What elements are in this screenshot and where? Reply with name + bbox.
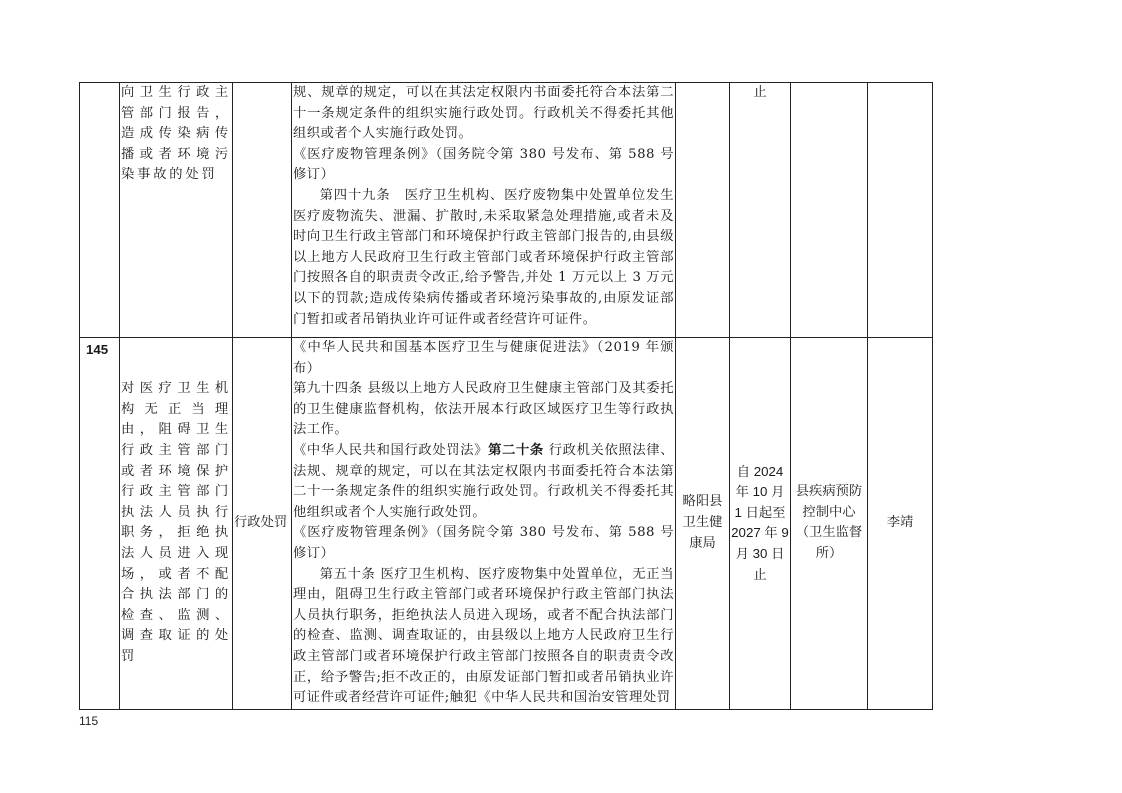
person-cell: 李靖 (868, 338, 933, 710)
department-cell (676, 83, 730, 338)
table-row: 145 对医疗卫生机构无正当理由，阻碍卫生行政主管部门或者环境保护行政主管部门执… (80, 338, 933, 710)
item-name-cell: 向卫生行政主管部门报告，造成传染病传播或者环境污染事故的处罚 (120, 83, 233, 338)
type-cell: 行政处罚 (233, 338, 292, 710)
basis-paragraph: 第四十九条 医疗卫生机构、医疗废物集中处置单位发生医疗废物流失、泄漏、扩散时,未… (293, 186, 674, 330)
basis-paragraph: 第九十四条 县级以上地方人民政府卫生健康主管部门及其委托的卫生健康监督机构，依法… (293, 379, 674, 441)
type-cell (233, 83, 292, 338)
basis-paragraph: 第五十条 医疗卫生机构、医疗废物集中处置单位，无正当理由，阻碍卫生行政主管部门或… (293, 565, 674, 709)
department-cell: 略阳县卫生健康局 (676, 338, 730, 710)
article-number: 第二十条 (488, 443, 544, 458)
unit-cell: 县疾病预防控制中心（卫生监督所） (791, 338, 868, 710)
unit-cell (791, 83, 868, 338)
item-name-cell: 对医疗卫生机构无正当理由，阻碍卫生行政主管部门或者环境保护行政主管部门执法人员执… (120, 338, 233, 710)
table-row: 向卫生行政主管部门报告，造成传染病传播或者环境污染事故的处罚 规、规章的规定，可… (80, 83, 933, 338)
row-index-cell: 145 (80, 338, 120, 710)
law-title: 《中华人民共和国行政处罚法》 (293, 443, 488, 458)
row-index-cell (80, 83, 120, 338)
authority-list-table: 向卫生行政主管部门报告，造成传染病传播或者环境污染事故的处罚 规、规章的规定，可… (79, 82, 933, 710)
basis-paragraph: 规、规章的规定，可以在其法定权限内书面委托符合本法第二十一条规定条件的组织实施行… (293, 83, 674, 145)
basis-paragraph: 《医疗废物管理条例》（国务院令第 380 号发布、第 588 号修订） (293, 523, 674, 564)
page-number: 115 (79, 714, 98, 728)
legal-basis-cell: 规、规章的规定，可以在其法定权限内书面委托符合本法第二十一条规定条件的组织实施行… (292, 83, 676, 338)
legal-basis-cell: 《中华人民共和国基本医疗卫生与健康促进法》（2019 年颁布） 第九十四条 县级… (292, 338, 676, 710)
basis-paragraph: 《医疗废物管理条例》（国务院令第 380 号发布、第 588 号修订） (293, 145, 674, 186)
period-cell: 止 (730, 83, 791, 338)
basis-paragraph: 《中华人民共和国基本医疗卫生与健康促进法》（2019 年颁布） (293, 338, 674, 379)
person-cell (868, 83, 933, 338)
basis-paragraph: 《中华人民共和国行政处罚法》第二十条 行政机关依照法律、法规、规章的规定，可以在… (293, 441, 674, 523)
period-cell: 自 2024 年 10 月 1 日起至 2027 年 9 月 30 日止 (730, 338, 791, 710)
